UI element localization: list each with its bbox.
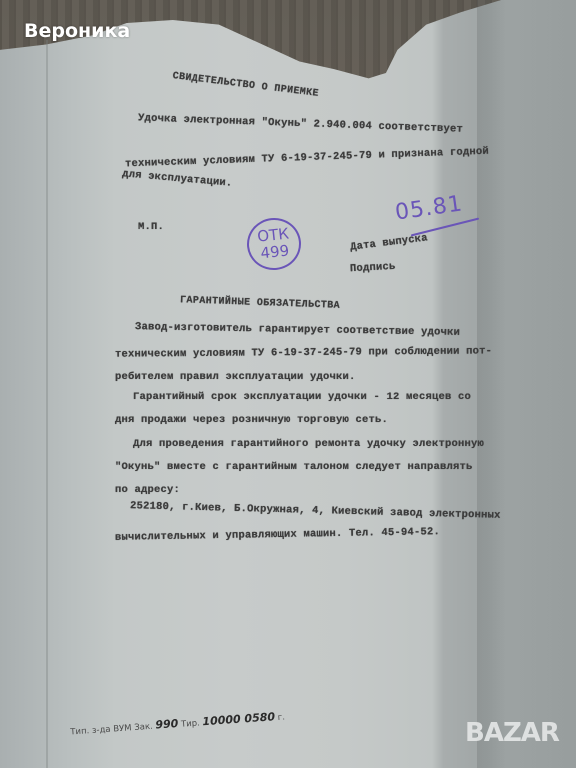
warranty-p1-line3: ребителем правил эксплуатации удочки. (115, 371, 356, 383)
run-label: Тир. (181, 718, 200, 729)
otk-stamp-line2: 499 (260, 243, 290, 263)
warranty-p3-line3: по адресу: (115, 484, 180, 496)
order-number: 990 (155, 717, 179, 732)
warranty-p3-line2: "Окунь" вместе с гарантийным талоном сле… (115, 461, 473, 473)
warranty-p2-line2: дня продажи через розничную торговую сет… (115, 414, 388, 426)
imprint-suffix: г. (277, 713, 285, 723)
paper-fold-right (477, 0, 576, 768)
paper-fold-left (46, 40, 48, 768)
seller-name-watermark: Вероника (24, 20, 130, 42)
warranty-p2-line1: Гарантийный срок эксплуатации удочки - 1… (133, 391, 471, 403)
signature-label: Подпись (350, 261, 396, 275)
stamp-place-label: М.П. (138, 221, 164, 233)
warranty-p3-line1: Для проведения гарантийного ремонта удоч… (133, 438, 484, 450)
bazar-logo: BAZAR (465, 718, 559, 748)
